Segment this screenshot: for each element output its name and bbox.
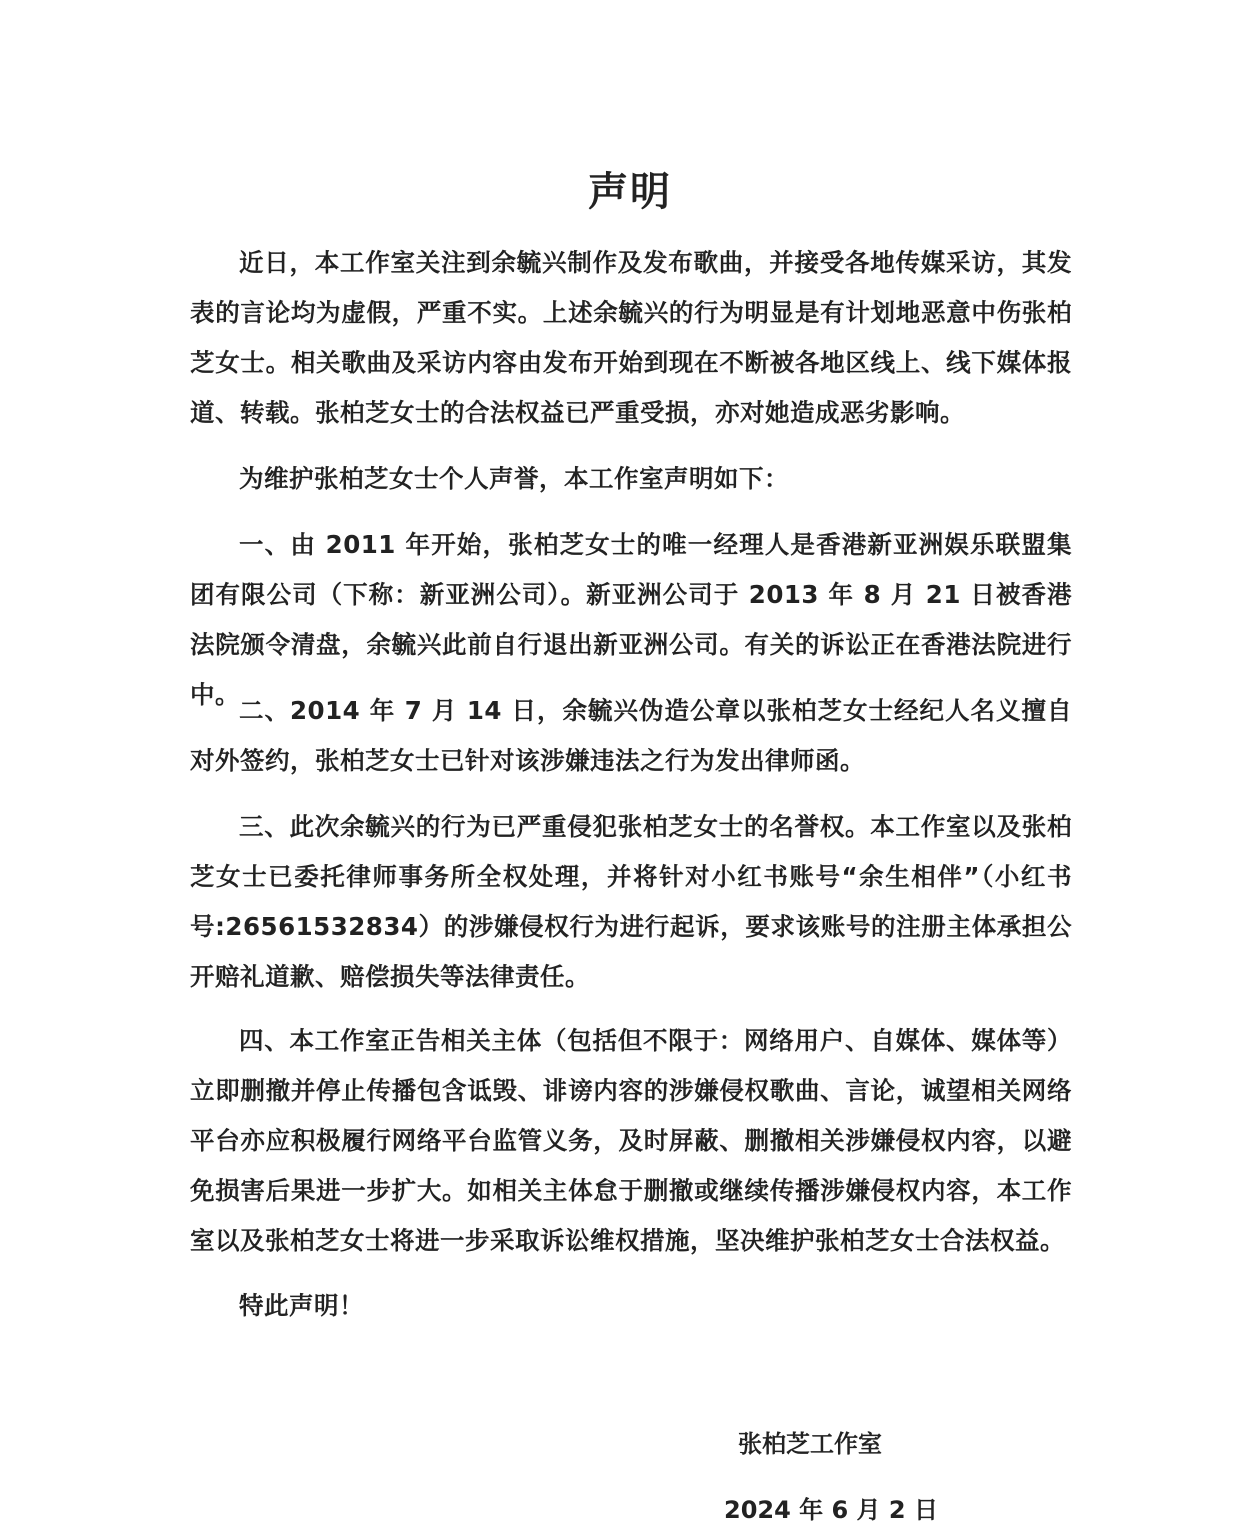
paragraph-point-4: 四、本工作室正告相关主体（包括但不限于：网络用户、自媒体、媒体等）立即删撤并停止… (190, 1016, 1072, 1266)
paragraph-preamble: 为维护张柏芝女士个人声誉，本工作室声明如下： (190, 454, 1072, 504)
document-title: 声明 (0, 160, 1260, 217)
date: 2024 年 6 月 2 日 (724, 1490, 938, 1525)
paragraph-point-2: 二、2014 年 7 月 14 日，余毓兴伪造公章以张柏芝女士经纪人名义擅自对外… (190, 686, 1072, 786)
paragraph-point-3: 三、此次余毓兴的行为已严重侵犯张柏芝女士的名誉权。本工作室以及张柏芝女士已委托律… (190, 802, 1072, 1002)
paragraph-intro: 近日，本工作室关注到余毓兴制作及发布歌曲，并接受各地传媒采访，其发表的言论均为虚… (190, 238, 1072, 438)
signature: 张柏芝工作室 (738, 1424, 882, 1459)
paragraph-closing: 特此声明！ (190, 1281, 1072, 1331)
